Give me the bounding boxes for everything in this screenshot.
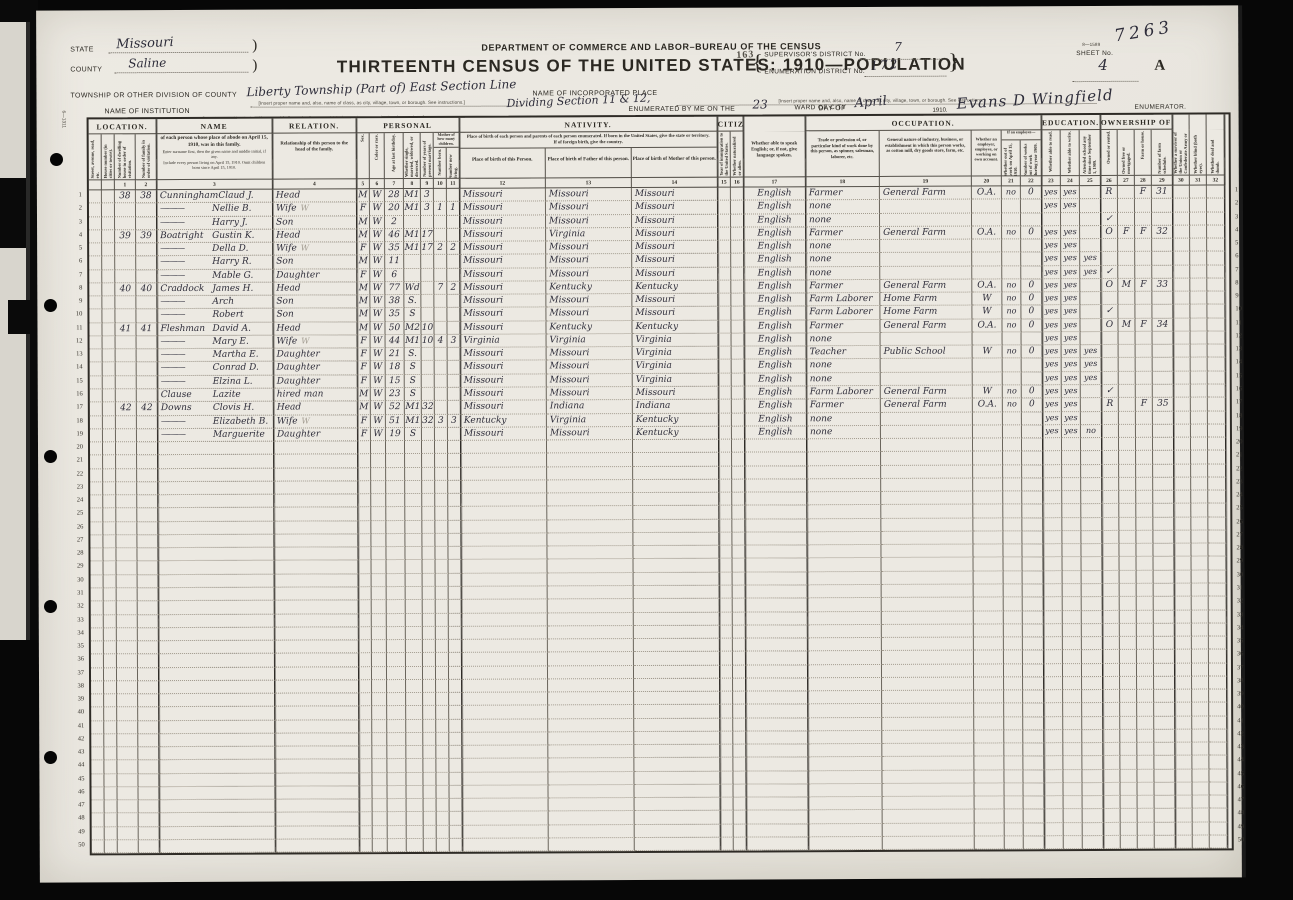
column-group-header: NATIVITY. <box>460 117 718 133</box>
census-cell: English <box>745 400 807 414</box>
census-cell <box>1023 743 1044 756</box>
census-cell <box>1136 451 1153 464</box>
row-number: 14 <box>1236 356 1262 369</box>
census-cell <box>1022 438 1043 451</box>
census-cell <box>746 598 808 612</box>
census-cell <box>731 267 744 280</box>
census-cell <box>808 771 882 785</box>
row-number: 25 <box>62 507 83 520</box>
census-cell <box>275 746 359 760</box>
census-cell: M <box>1118 279 1135 292</box>
census-cell <box>115 203 136 216</box>
census-cell <box>449 719 462 732</box>
census-cell <box>1064 836 1083 849</box>
census-cell <box>448 441 461 454</box>
census-cell <box>116 456 137 469</box>
census-cell <box>139 840 160 853</box>
column-header: Relationship of this person to the head … <box>273 133 357 179</box>
census-cell <box>434 308 447 321</box>
census-cell <box>1080 213 1101 226</box>
census-cell: yes <box>1042 252 1061 265</box>
enumerated-label-1: ENUMERATED BY ME ON THE <box>629 106 736 113</box>
census-cell: 52 <box>386 401 405 414</box>
census-cell: yes <box>1062 345 1081 358</box>
census-cell <box>720 785 733 798</box>
census-cell <box>1176 836 1193 849</box>
census-cell <box>116 416 137 429</box>
census-cell: 3 <box>448 335 461 348</box>
census-cell <box>136 203 157 216</box>
census-cell <box>745 492 807 506</box>
census-cell <box>434 189 447 202</box>
census-cell <box>1080 199 1101 212</box>
census-cell <box>718 254 731 267</box>
census-cell <box>1044 783 1063 796</box>
census-cell <box>372 653 387 666</box>
column-header: House number (in cities or towns). <box>102 134 115 180</box>
census-cell: 35 <box>385 308 404 321</box>
row-number: 16 <box>1236 382 1262 395</box>
census-cell <box>1173 318 1190 331</box>
census-cell <box>731 307 744 320</box>
census-cell <box>137 535 158 548</box>
census-cell <box>434 295 447 308</box>
census-cell <box>159 707 275 721</box>
census-cell <box>1022 491 1043 504</box>
census-cell <box>117 734 138 747</box>
census-cell <box>449 746 462 759</box>
census-cell <box>115 310 136 323</box>
census-cell <box>1154 637 1175 650</box>
census-cell <box>634 692 720 706</box>
census-cell <box>1083 836 1104 849</box>
census-cell <box>423 680 436 693</box>
census-cell <box>1023 757 1044 770</box>
census-cell <box>746 771 808 785</box>
census-cell <box>1154 769 1175 782</box>
census-cell <box>1103 571 1120 584</box>
census-cell <box>448 348 461 361</box>
census-cell <box>275 680 359 694</box>
census-cell <box>117 575 138 588</box>
census-cell <box>423 587 436 600</box>
census-cell <box>406 600 423 613</box>
census-cell <box>103 389 116 402</box>
census-cell <box>158 495 274 509</box>
punch-hole <box>44 751 57 764</box>
column-number: 8 <box>404 179 421 189</box>
census-cell <box>116 429 137 442</box>
row-numbers-left: 1234567891011121314151617181920212223242… <box>61 117 90 855</box>
census-cell: 39 <box>115 230 136 243</box>
census-cell <box>1137 769 1154 782</box>
census-cell <box>405 468 422 481</box>
census-cell <box>406 720 423 733</box>
census-cell <box>372 587 387 600</box>
census-cell <box>1082 637 1103 650</box>
census-cell <box>1043 451 1062 464</box>
census-cell: 2 <box>447 282 460 295</box>
census-cell <box>371 494 386 507</box>
census-cell <box>406 560 423 573</box>
census-cell: WifeW <box>274 415 358 429</box>
census-cell <box>1003 332 1022 345</box>
census-cell <box>1063 584 1082 597</box>
census-cell: Virginia <box>633 373 719 387</box>
census-cell <box>371 454 386 467</box>
census-cell <box>115 296 136 309</box>
census-cell <box>732 413 745 426</box>
census-cell <box>1044 757 1063 770</box>
census-cell <box>720 586 733 599</box>
census-cell <box>1081 544 1102 557</box>
census-cell <box>548 758 634 772</box>
census-cell: Virginia <box>547 334 633 348</box>
census-cell <box>1082 770 1103 783</box>
census-cell <box>359 600 372 613</box>
census-cell <box>1190 225 1207 238</box>
census-cell <box>449 759 462 772</box>
census-cell <box>436 640 449 653</box>
census-cell <box>809 797 883 811</box>
census-cell <box>1137 703 1154 716</box>
census-cell <box>1023 770 1044 783</box>
census-cell <box>388 813 407 826</box>
census-cell <box>462 639 548 653</box>
census-cell <box>1209 597 1227 610</box>
census-cell <box>462 653 548 667</box>
census-cell <box>1154 610 1175 623</box>
census-cell <box>633 519 719 533</box>
census-cell: F <box>1118 226 1135 239</box>
census-cell <box>720 652 733 665</box>
census-cell <box>388 799 407 812</box>
census-cell <box>634 665 720 679</box>
census-cell <box>1174 530 1191 543</box>
census-cell: 4 <box>435 335 448 348</box>
census-cell <box>807 479 881 493</box>
census-cell <box>448 388 461 401</box>
census-cell <box>360 839 373 852</box>
census-cell <box>635 824 721 838</box>
census-cell <box>633 440 719 454</box>
census-cell <box>1173 199 1190 212</box>
census-cell: no <box>1002 292 1021 305</box>
census-cell <box>1175 690 1192 703</box>
census-cell <box>372 561 387 574</box>
column-group-header: OWNERSHIP OF HOME. <box>1101 115 1173 130</box>
census-cell <box>1174 451 1191 464</box>
census-cell <box>1063 624 1082 637</box>
census-cell <box>1102 358 1119 371</box>
row-number: 2 <box>1235 197 1261 210</box>
census-cell <box>732 373 745 386</box>
census-cell <box>447 268 460 281</box>
census-cell: S <box>405 361 422 374</box>
row-number: 13 <box>1236 342 1262 355</box>
census-cell: Missouri <box>460 268 546 282</box>
census-cell <box>1081 557 1102 570</box>
census-cell: Missouri <box>547 360 633 374</box>
row-number: 50 <box>64 838 85 851</box>
census-cell <box>1022 425 1043 438</box>
census-cell <box>422 375 435 388</box>
census-cell: Missouri <box>632 227 718 241</box>
census-cell <box>435 481 448 494</box>
census-cell <box>1208 557 1226 570</box>
census-cell <box>159 601 275 615</box>
census-cell <box>102 217 115 230</box>
census-cell <box>422 467 435 480</box>
census-cell <box>437 799 450 812</box>
column-header: Farm or house. <box>1135 130 1152 176</box>
census-cell <box>881 518 973 532</box>
census-cell <box>1208 398 1226 411</box>
census-cell <box>1045 836 1064 849</box>
census-cell <box>422 361 435 374</box>
census-cell <box>731 188 744 201</box>
census-cell <box>359 587 372 600</box>
census-cell <box>719 532 732 545</box>
census-cell: W <box>972 306 1002 319</box>
census-cell <box>435 494 448 507</box>
census-cell: none <box>807 373 881 387</box>
census-cell: Son <box>273 295 357 309</box>
census-cell <box>461 494 547 508</box>
census-cell: yes <box>1043 385 1062 398</box>
census-cell: Missouri <box>632 241 718 255</box>
census-cell <box>138 562 159 575</box>
census-cell <box>90 442 103 455</box>
census-cell <box>1192 597 1209 610</box>
census-cell <box>1063 743 1082 756</box>
census-cell <box>974 770 1004 783</box>
census-cell <box>461 440 547 454</box>
census-cell <box>90 416 103 429</box>
census-cell: W <box>370 322 385 335</box>
census-cell: M <box>1118 318 1135 331</box>
census-cell <box>1152 292 1173 305</box>
census-cell <box>1004 704 1023 717</box>
census-cell <box>1064 823 1083 836</box>
census-cell: yes <box>1062 359 1081 372</box>
census-cell <box>1136 425 1153 438</box>
census-cell: yes <box>1042 306 1061 319</box>
census-cell <box>1003 452 1022 465</box>
census-cell <box>733 731 746 744</box>
row-number: 20 <box>1236 435 1262 448</box>
census-cell <box>547 467 633 481</box>
census-cell <box>450 839 463 852</box>
census-cell <box>1120 703 1137 716</box>
census-cell <box>808 731 882 745</box>
census-cell <box>732 387 745 400</box>
census-cell: Missouri <box>546 188 632 202</box>
row-number: 10 <box>1235 303 1261 316</box>
row-number: 37 <box>63 666 84 679</box>
census-cell <box>405 547 422 560</box>
census-cell: BoatrightGustin K. <box>157 229 273 243</box>
census-cell <box>1135 199 1152 212</box>
census-cell <box>159 747 275 761</box>
census-cell: Farm Laborer <box>806 293 880 307</box>
census-cell <box>634 745 720 759</box>
census-cell <box>549 798 635 812</box>
census-cell <box>116 349 137 362</box>
census-cell <box>1021 253 1042 266</box>
census-cell <box>117 641 138 654</box>
row-number: 28 <box>62 547 83 560</box>
column-number: 13 <box>546 178 632 188</box>
census-cell: 3 <box>435 414 448 427</box>
census-cell <box>406 706 423 719</box>
census-cell <box>1209 610 1227 623</box>
census-cell <box>1208 530 1226 543</box>
census-cell <box>1136 491 1153 504</box>
census-cell: Indiana <box>547 400 633 414</box>
census-cell: yes <box>1042 226 1061 239</box>
census-cell <box>1135 252 1152 265</box>
census-cell: yes <box>1061 279 1080 292</box>
census-cell <box>1190 239 1207 252</box>
census-cell: Kentucky <box>632 320 718 334</box>
census-cell <box>89 310 102 323</box>
census-cell: 10 <box>422 335 435 348</box>
census-cell <box>358 481 371 494</box>
census-cell <box>1208 345 1226 358</box>
census-cell <box>387 587 406 600</box>
census-cell: Farmer <box>806 227 880 241</box>
census-cell: yes <box>1042 199 1061 212</box>
census-cell <box>881 545 973 559</box>
census-cell <box>1044 743 1063 756</box>
census-cell <box>1192 769 1209 782</box>
census-cell <box>116 363 137 376</box>
census-cell <box>1153 385 1174 398</box>
census-cell: Daughter <box>274 375 358 389</box>
column-header: Year of immigration to the United States… <box>718 132 731 178</box>
census-cell <box>372 773 387 786</box>
census-cell <box>633 453 719 467</box>
census-cell <box>974 598 1004 611</box>
census-cell: M <box>357 255 370 268</box>
census-cell <box>104 708 117 721</box>
census-cell <box>1173 225 1190 238</box>
census-cell <box>105 814 118 827</box>
census-cell <box>746 665 808 679</box>
census-cell: 0 <box>1021 319 1042 332</box>
census-cell <box>1120 730 1137 743</box>
census-cell <box>1063 611 1082 624</box>
row-number: 29 <box>1236 555 1262 568</box>
census-cell: Missouri <box>461 374 547 388</box>
census-cell <box>159 574 275 588</box>
census-cell <box>436 786 449 799</box>
census-cell: none <box>806 200 880 214</box>
census-cell <box>746 744 808 758</box>
census-cell <box>1005 836 1024 849</box>
census-cell <box>1103 597 1120 610</box>
census-cell <box>1190 305 1207 318</box>
census-cell <box>104 774 117 787</box>
census-cell <box>405 441 422 454</box>
census-cell <box>1136 517 1153 530</box>
census-cell <box>1209 570 1227 583</box>
census-cell <box>1023 730 1044 743</box>
census-cell <box>882 770 974 784</box>
row-number: 46 <box>1237 780 1263 793</box>
census-cell <box>387 720 406 733</box>
census-cell: Home Farm <box>880 306 972 320</box>
census-cell <box>1154 570 1175 583</box>
census-cell <box>882 571 974 585</box>
census-cell <box>1119 358 1136 371</box>
row-number: 38 <box>1237 674 1263 687</box>
census-cell <box>387 614 406 627</box>
census-cell <box>423 786 436 799</box>
row-numbers-right: 1234567891011121314151617181920212223242… <box>1231 112 1264 850</box>
census-cell <box>1137 637 1154 650</box>
census-cell <box>116 548 137 561</box>
census-cell <box>731 294 744 307</box>
census-cell <box>102 257 115 270</box>
census-cell <box>1024 823 1045 836</box>
census-cell <box>91 562 104 575</box>
census-cell <box>91 668 104 681</box>
census-cell <box>881 478 973 492</box>
census-cell <box>880 266 972 280</box>
census-cell <box>276 839 360 853</box>
census-cell <box>1152 265 1173 278</box>
census-cell <box>1044 571 1063 584</box>
row-number: 36 <box>1237 648 1263 661</box>
census-cell <box>746 638 808 652</box>
census-cell <box>461 467 547 481</box>
row-number: 50 <box>1238 833 1264 846</box>
census-cell <box>881 412 973 426</box>
census-cell <box>547 520 633 534</box>
census-cell <box>359 760 372 773</box>
census-cell: yes <box>1080 266 1101 279</box>
census-cell <box>1174 371 1191 384</box>
census-cell <box>881 425 973 439</box>
census-cell <box>732 440 745 453</box>
row-number: 49 <box>1238 820 1264 833</box>
census-cell <box>116 522 137 535</box>
census-cell <box>1062 558 1081 571</box>
census-cell <box>102 190 115 203</box>
census-cell: yes <box>1061 319 1080 332</box>
census-cell <box>1153 451 1174 464</box>
row-number: 39 <box>1237 687 1263 700</box>
census-cell <box>1119 398 1136 411</box>
census-cell <box>92 814 105 827</box>
census-cell <box>809 837 883 851</box>
census-cell <box>359 614 372 627</box>
column-number: 12 <box>460 178 546 188</box>
census-cell: WifeW <box>273 242 357 256</box>
census-cell <box>103 535 116 548</box>
census-cell <box>549 838 635 852</box>
census-cell <box>1119 478 1136 491</box>
census-cell <box>435 375 448 388</box>
census-cell <box>718 280 731 293</box>
census-cell <box>733 586 746 599</box>
census-cell: Missouri <box>546 294 632 308</box>
census-cell <box>1102 531 1119 544</box>
census-cell <box>461 547 547 561</box>
census-cell <box>973 359 1003 372</box>
